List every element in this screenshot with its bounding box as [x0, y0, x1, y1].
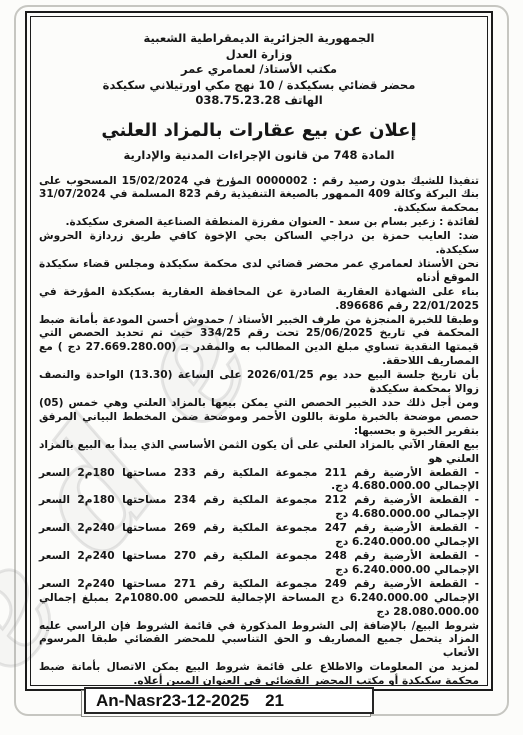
paragraph-shares: ومن أجل ذلك حدد الخبير الحصص التي يمكن ب…: [39, 397, 479, 439]
paragraph-property-certificate: بناء على الشهادة العقارية الصادرة عن الم…: [39, 286, 479, 314]
announcement-content: الجمهورية الجزائرية الديمقراطية الشعبية …: [30, 16, 488, 686]
newspaper-date: An-Nasr23-12-2025: [96, 691, 249, 711]
paragraph-sale-lead: بيع العقار الآتي بالمزاد العلني على أن ي…: [39, 439, 479, 467]
paragraph-contact-info: لمزيد من المعلومات والاطلاع على قائمة شر…: [39, 661, 479, 686]
legal-basis-subtitle: المادة 748 من قانون الإجراءات المدنية وا…: [39, 148, 479, 162]
announcement-body: تنفيذا للشيك بدون رصيد رقم : 0000002 الم…: [39, 175, 479, 687]
page-number: 21: [265, 691, 284, 711]
ministry-line: وزارة العدل: [39, 47, 479, 63]
parcel-item: - القطعة الأرضية رقم 211 مجموعة الملكية …: [39, 467, 479, 495]
phone-number: 038.75.23.28: [195, 93, 280, 107]
parcel-item: - القطعة الأرضية رقم 249 مجموعة الملكية …: [39, 578, 479, 620]
office-line: مكتب الأستاذ/ لعمامري عمر: [39, 62, 479, 78]
announcement-frame: الجمهورية الجزائرية الديمقراطية الشعبية …: [25, 11, 493, 691]
newspaper-footer: An-Nasr23-12-2025 21: [84, 687, 374, 714]
paragraph-defendant: ضد: العايب حمزة بن دراجي الساكن بحي الإخ…: [39, 230, 479, 258]
announcement-title: إعلان عن بيع عقارات بالمزاد العلني: [39, 120, 479, 141]
republic-line: الجمهورية الجزائرية الديمقراطية الشعبية: [39, 31, 479, 47]
bailiff-address-line: محضر قضائي بسكيكدة / 10 نهج مكي اورتيلان…: [39, 78, 479, 94]
paragraph-bailiff-statement: نحن الأستاذ لعمامري عمر محضر قضائي لدى م…: [39, 258, 479, 286]
letterhead: الجمهورية الجزائرية الديمقراطية الشعبية …: [39, 31, 479, 109]
phone-label: الهاتف: [284, 93, 322, 107]
paragraph-expertise: وطبقا للخبرة المنجزة من طرف الخبير الأست…: [39, 314, 479, 370]
paragraph-auction-date: بأن تاريخ جلسة البيع حدد يوم 2026/01/25 …: [39, 369, 479, 397]
paragraph-sale-conditions: شروط البيع/ بالإضافة إلى الشروط المذكورة…: [39, 620, 479, 662]
paragraph-execution: تنفيذا للشيك بدون رصيد رقم : 0000002 الم…: [39, 175, 479, 217]
parcel-item: - القطعة الأرضية رقم 212 مجموعة الملكية …: [39, 494, 479, 522]
parcel-item: - القطعة الأرضية رقم 248 مجموعة الملكية …: [39, 550, 479, 578]
phone-line: الهاتف 038.75.23.28: [39, 93, 479, 109]
parcel-item: - القطعة الأرضية رقم 247 مجموعة الملكية …: [39, 522, 479, 550]
paragraph-beneficiary: لفائدة : زعير بسام بن سعد - العنوان مفرز…: [39, 216, 479, 230]
